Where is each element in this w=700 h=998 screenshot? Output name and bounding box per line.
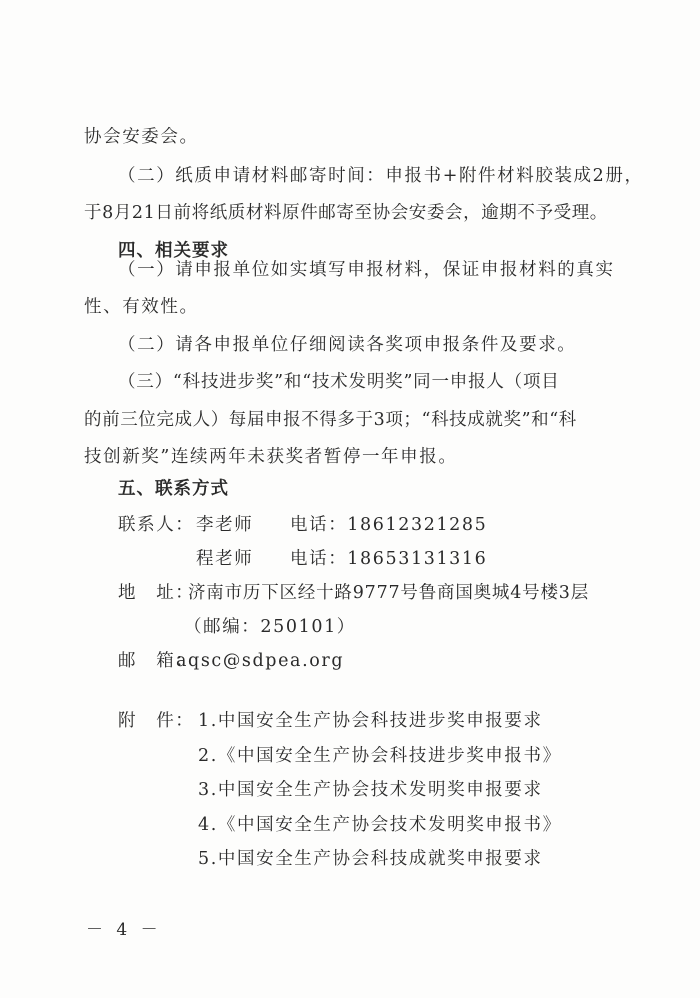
paragraph-line: （二）纸质申请材料邮寄时间：申报书+附件材料胶装成2册， bbox=[118, 165, 644, 187]
page-number: － 4 － bbox=[86, 915, 162, 940]
paragraph-line: 性、有效性。 bbox=[84, 296, 199, 318]
address-label: 地 址： bbox=[118, 582, 194, 604]
paragraph-line: 于8月21日前将纸质材料原件邮寄至协会安委会，逾期不予受理。 bbox=[84, 202, 608, 224]
paragraph-line: 协会安委会。 bbox=[84, 126, 199, 148]
attachment-item: 3.中国安全生产协会技术发明奖申报要求 bbox=[198, 779, 543, 801]
contact-name: 李老师 bbox=[196, 514, 253, 536]
attachments-label: 附 件： bbox=[118, 710, 194, 732]
contact-name: 程老师 bbox=[196, 548, 253, 570]
paragraph-line: 技创新奖”连续两年未获奖者暂停一年申报。 bbox=[84, 446, 457, 468]
attachment-item: 4.《中国安全生产协会技术发明奖申报书》 bbox=[198, 814, 562, 836]
attachment-item: 2.《中国安全生产协会科技进步奖申报书》 bbox=[198, 745, 562, 767]
attachment-item: 1.中国安全生产协会科技进步奖申报要求 bbox=[198, 710, 543, 732]
email-value: aqsc@sdpea.org bbox=[176, 650, 344, 672]
paragraph-line: （二）请各申报单位仔细阅读各奖项申报条件及要求。 bbox=[118, 334, 576, 356]
section-heading-contact: 五、联系方式 bbox=[118, 478, 229, 500]
contact-phone: 电话：18612321285 bbox=[290, 514, 487, 536]
contact-label: 联系人： bbox=[118, 514, 194, 536]
address-value: 济南市历下区经十路9777号鲁商国奥城4号楼3层 bbox=[188, 582, 589, 604]
contact-phone: 电话：18653131316 bbox=[290, 548, 487, 570]
postcode: （邮编：250101） bbox=[184, 616, 356, 638]
paragraph-line: 的前三位完成人）每届申报不得多于3项；“科技成就奖”和“科 bbox=[84, 409, 577, 431]
paragraph-line: （一）请申报单位如实填写申报材料，保证申报材料的真实 bbox=[118, 259, 615, 281]
paragraph-line: （三）“科技进步奖”和“技术发明奖”同一申报人（项目 bbox=[118, 371, 560, 393]
attachment-item: 5.中国安全生产协会科技成就奖申报要求 bbox=[198, 848, 543, 870]
